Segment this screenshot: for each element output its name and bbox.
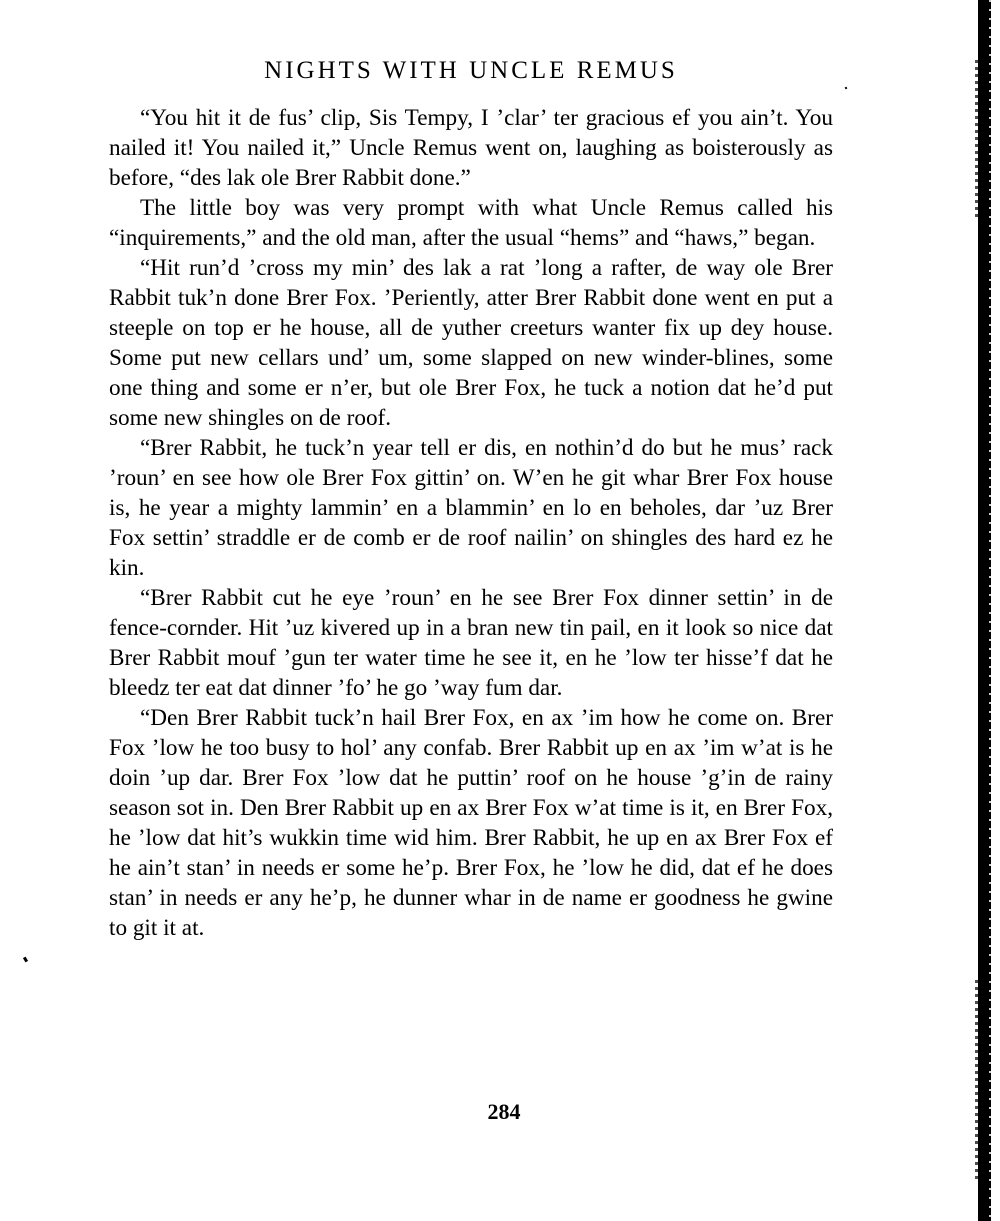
scan-speck — [23, 957, 28, 963]
binding-edge-texture — [975, 60, 979, 220]
binding-edge-highlight — [989, 0, 992, 1221]
body-text: “You hit it de fus’ clip, Sis Tempy, I ’… — [109, 103, 833, 943]
book-page: NIGHTS WITH UNCLE REMUS “You hit it de f… — [0, 0, 1000, 1221]
binding-edge-texture — [975, 980, 979, 1180]
page-number: 284 — [0, 1097, 1000, 1127]
running-head: NIGHTS WITH UNCLE REMUS — [108, 54, 834, 88]
paragraph: “Den Brer Rabbit tuck’n hail Brer Fox, e… — [109, 703, 833, 943]
paragraph: The little boy was very prompt with what… — [109, 193, 833, 253]
paragraph: “Brer Rabbit cut he eye ’roun’ en he see… — [109, 583, 833, 703]
paragraph: “Hit run’d ’cross my min’ des lak a rat … — [109, 253, 833, 433]
paragraph: “You hit it de fus’ clip, Sis Tempy, I ’… — [109, 103, 833, 193]
scan-speck — [845, 87, 848, 90]
paragraph: “Brer Rabbit, he tuck’n year tell er dis… — [109, 433, 833, 583]
